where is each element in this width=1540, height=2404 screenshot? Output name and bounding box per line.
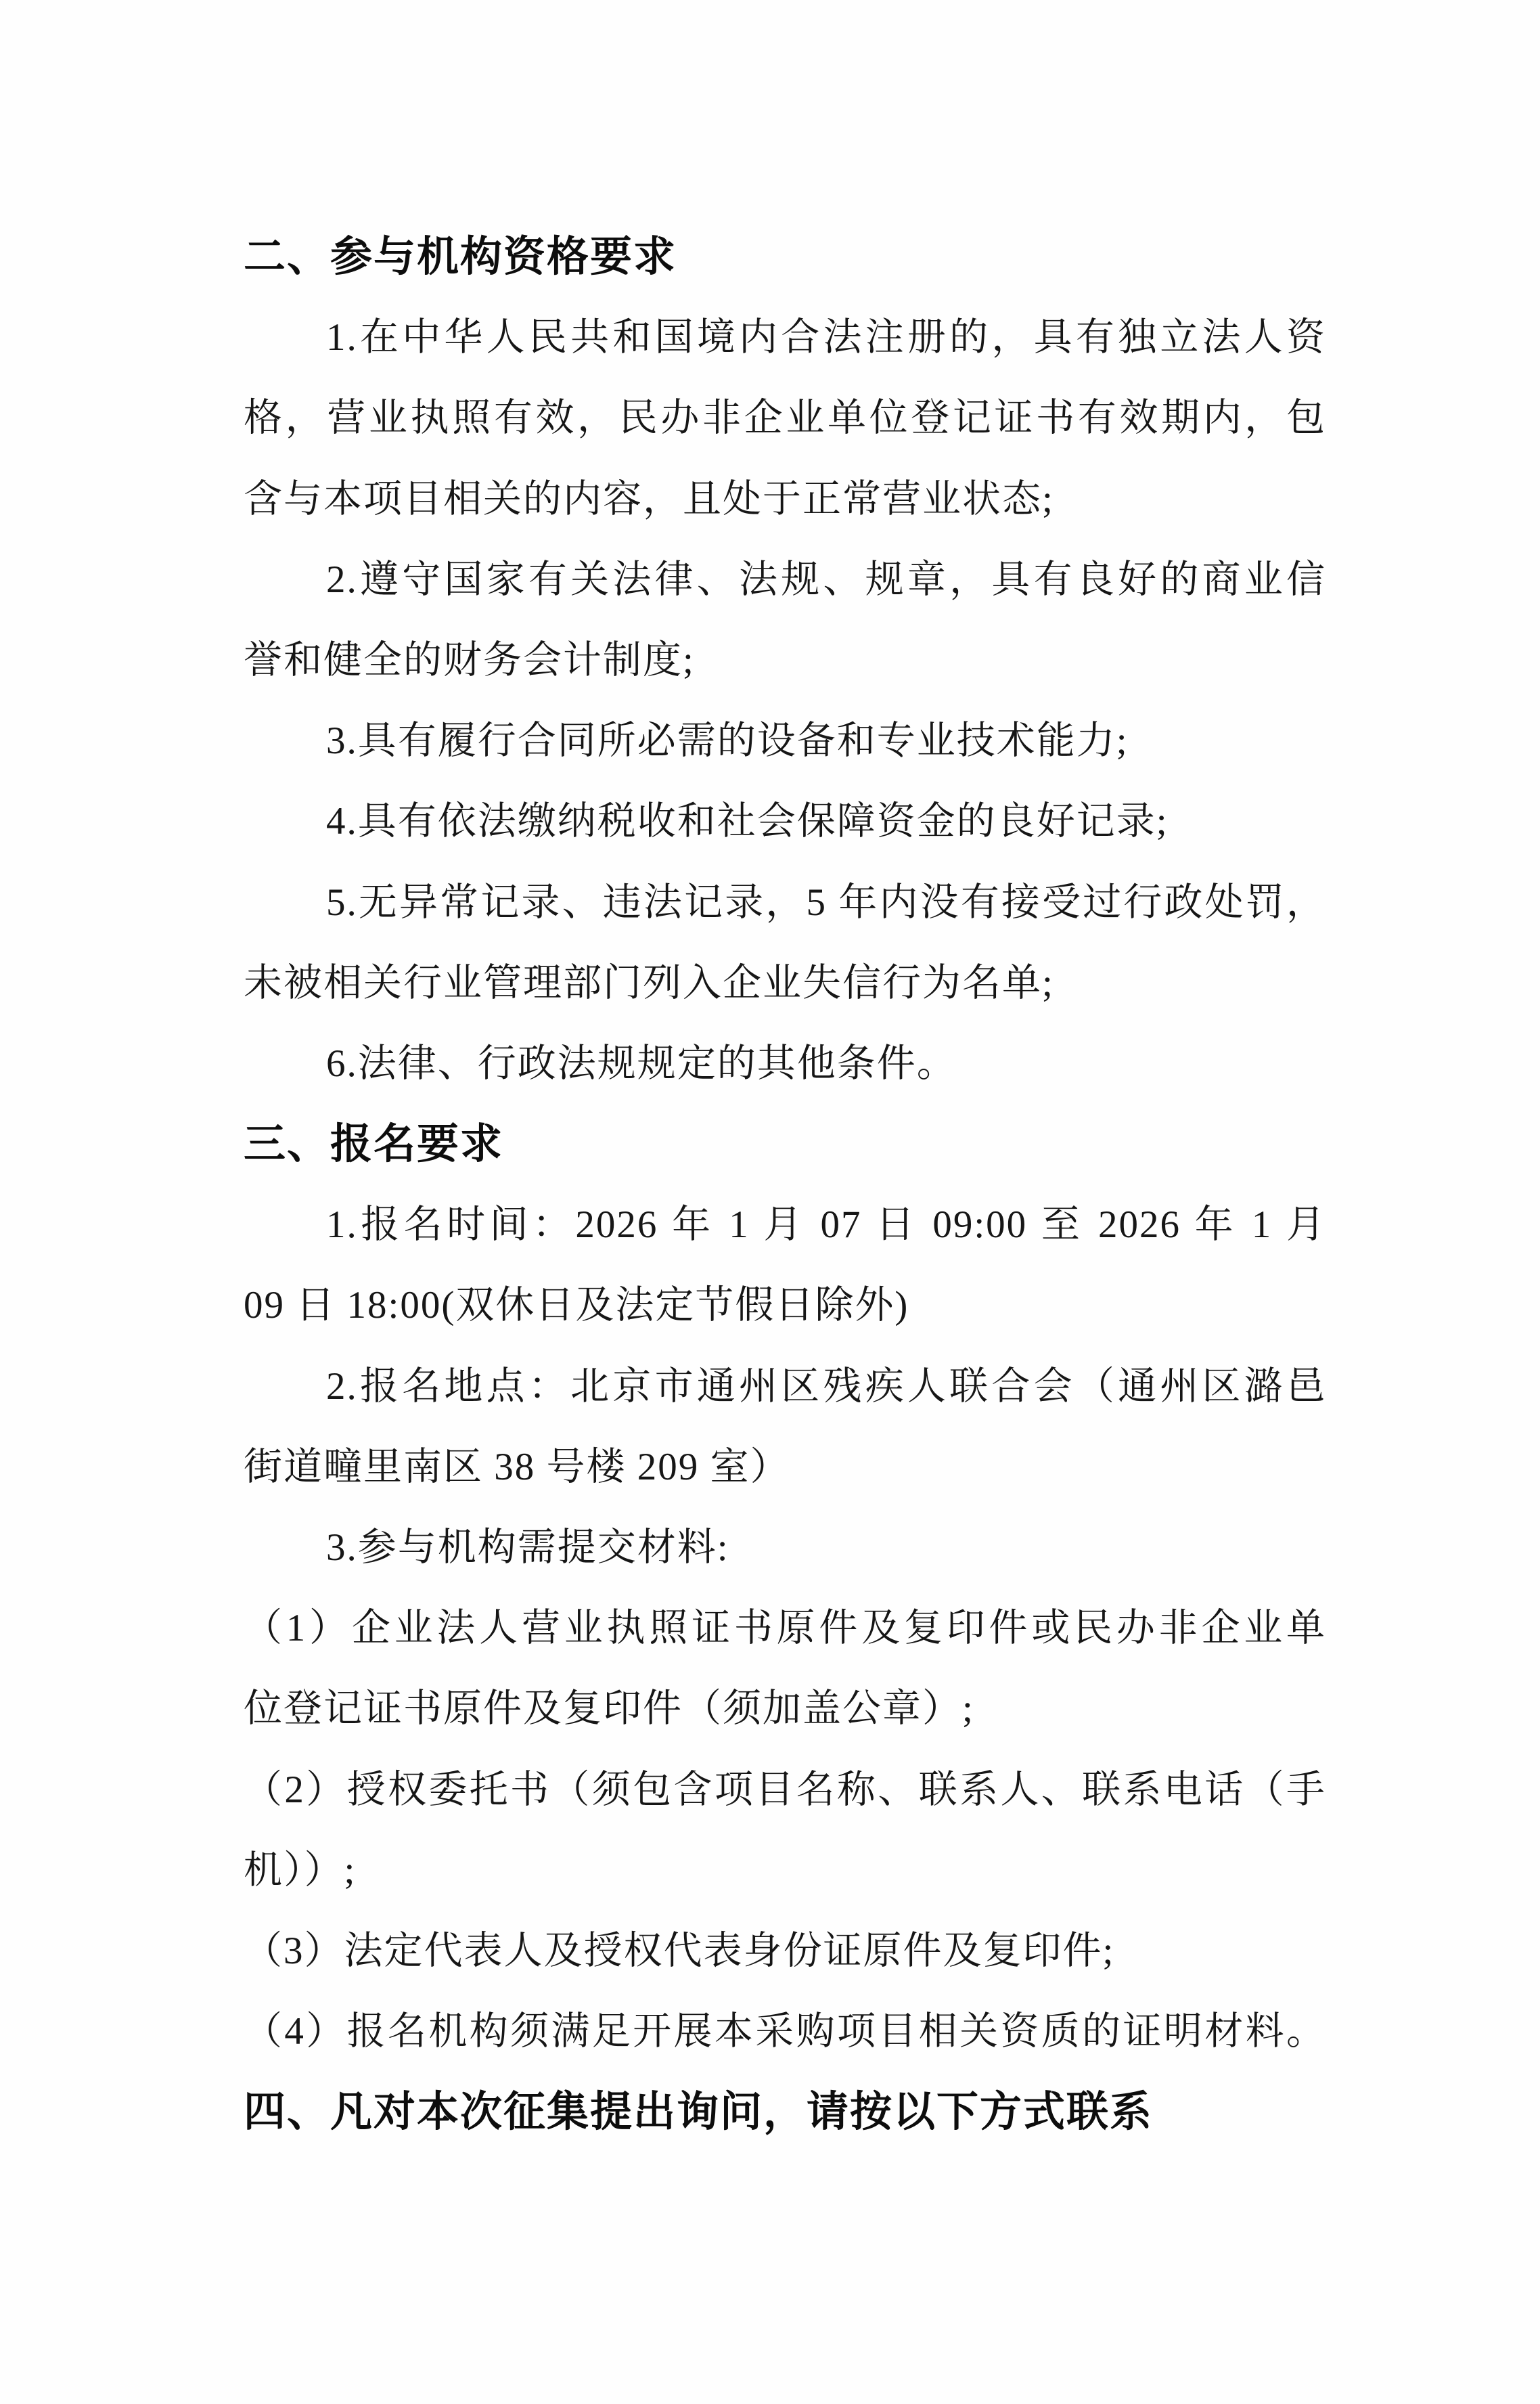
document-line: 6.法律、行政法规规定的其他条件。: [244, 1023, 1326, 1104]
document-content: 二、参与机构资格要求 1.在中华人民共和国境内合法注册的，具有独立法人资 格，营…: [244, 217, 1326, 2153]
document-line: （2）授权委托书（须包含项目名称、联系人、联系电话（手: [244, 1750, 1326, 1830]
document-line: 未被相关行业管理部门列入企业失信行为名单;: [244, 943, 1326, 1023]
document-line: 位登记证书原件及复印件（须加盖公章）;: [244, 1668, 1326, 1749]
document-line: 含与本项目相关的内容，且处于正常营业状态;: [244, 459, 1326, 539]
document-line: 09 日 18:00(双休日及法定节假日除外): [244, 1265, 1326, 1345]
section-heading-3: 三、报名要求: [244, 1104, 1326, 1184]
document-line: 1.报名时间：2026 年 1 月 07 日 09:00 至 2026 年 1 …: [244, 1184, 1326, 1265]
document-line: （4）报名机构须满足开展本采购项目相关资质的证明材料。: [244, 1991, 1326, 2072]
document-line: （3）法定代表人及授权代表身份证原件及复印件;: [244, 1911, 1326, 1991]
section-heading-4: 四、凡对本次征集提出询问，请按以下方式联系: [244, 2072, 1326, 2152]
document-line: 4.具有依法缴纳税收和社会保障资金的良好记录;: [244, 781, 1326, 862]
document-line: 3.参与机构需提交材料:: [244, 1507, 1326, 1588]
document-line: 3.具有履行合同所必需的设备和专业技术能力;: [244, 700, 1326, 781]
document-line: 2.报名地点：北京市通州区残疾人联合会（通州区潞邑: [244, 1346, 1326, 1427]
document-line: 街道疃里南区 38 号楼 209 室）: [244, 1427, 1326, 1507]
section-heading-2: 二、参与机构资格要求: [244, 217, 1326, 297]
document-line: 5.无异常记录、违法记录，5 年内没有接受过行政处罚，: [244, 862, 1326, 943]
document-page: 二、参与机构资格要求 1.在中华人民共和国境内合法注册的，具有独立法人资 格，营…: [0, 0, 1540, 2404]
document-line: 格，营业执照有效，民办非企业单位登记证书有效期内，包: [244, 378, 1326, 458]
document-line: 1.在中华人民共和国境内合法注册的，具有独立法人资: [244, 297, 1326, 378]
document-line: 机））;: [244, 1830, 1326, 1911]
document-line: （1）企业法人营业执照证书原件及复印件或民办非企业单: [244, 1588, 1326, 1668]
document-line: 誉和健全的财务会计制度;: [244, 620, 1326, 700]
document-line: 2.遵守国家有关法律、法规、规章，具有良好的商业信: [244, 539, 1326, 620]
